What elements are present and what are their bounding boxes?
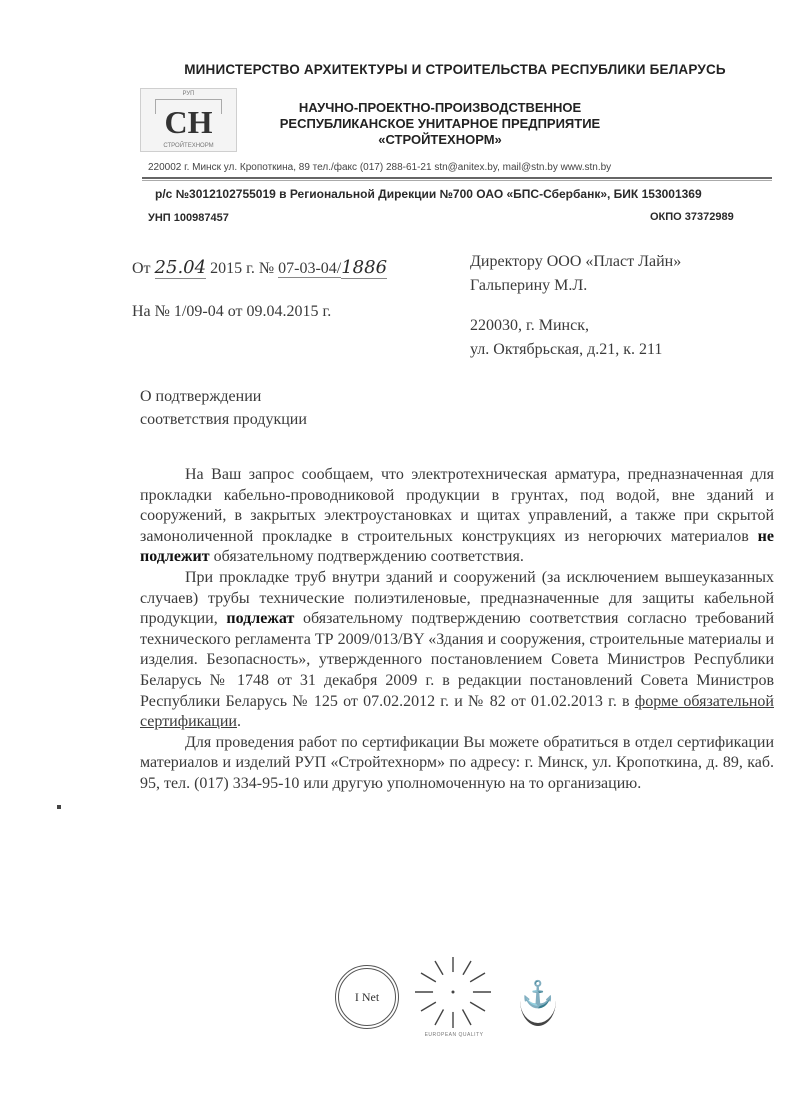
paragraph-1: На Ваш запрос сообщаем, что электротехни… — [140, 465, 774, 568]
unp-number: УНП 100987457 — [148, 212, 229, 224]
company-logo: РУП СН СТРОЙТЕХНОРМ — [140, 88, 237, 152]
anchor-emblem-icon: ⚓ — [520, 975, 556, 1026]
handwritten-number: 1886 — [341, 257, 387, 279]
logo-letters: СН — [141, 105, 236, 139]
org-line-2: РЕСПУБЛИКАНСКОЕ УНИТАРНОЕ ПРЕДПРИЯТИЕ — [240, 116, 640, 132]
bank-details: р/с №3012102755019 в Региональной Дирекц… — [155, 187, 775, 201]
logo-bottom-text: СТРОЙТЕХНОРМ — [141, 143, 236, 149]
paragraph-3: Для проведения работ по сертификации Вы … — [140, 733, 774, 795]
addressee-title: Директору ООО «Пласт Лайн» — [470, 250, 681, 274]
logo-top-text: РУП — [141, 91, 236, 97]
subject-line-2: соответствия продукции — [140, 408, 307, 431]
starburst-caption: EUROPEAN QUALITY — [419, 1032, 489, 1038]
header-divider — [142, 177, 772, 179]
p2-end: . — [237, 713, 241, 730]
address-city: 220030, г. Минск, — [470, 314, 662, 338]
header-divider-thin — [142, 180, 772, 181]
letter-subject: О подтверждении соответствия продукции — [140, 385, 307, 431]
certification-stamps: I Net EUROPEAN QUALITY ⚓ — [335, 955, 565, 1040]
ministry-heading: МИНИСТЕРСТВО АРХИТЕКТУРЫ И СТРОИТЕЛЬСТВА… — [170, 62, 740, 77]
p1-text: На Ваш запрос сообщаем, что электротехни… — [140, 466, 774, 545]
addressee-address: 220030, г. Минск, ул. Октябрьская, д.21,… — [470, 314, 662, 362]
starburst-stamp-icon — [413, 955, 493, 1030]
p1-text-end: обязательному подтверждению соответствия… — [210, 548, 524, 565]
okpo-number: ОКПО 37372989 — [650, 211, 734, 223]
round-certification-stamp: I Net — [335, 965, 399, 1029]
org-line-3: «СТРОЙТЕХНОРМ» — [240, 132, 640, 148]
outgoing-prefix: От — [132, 260, 155, 277]
organization-name: НАУЧНО-ПРОЕКТНО-ПРОИЗВОДСТВЕННОЕ РЕСПУБЛ… — [240, 100, 640, 148]
contact-line: 220002 г. Минск ул. Кропоткина, 89 тел./… — [148, 162, 768, 173]
address-street: ул. Октябрьская, д.21, к. 211 — [470, 338, 662, 362]
outgoing-year: 2015 г. № — [206, 260, 278, 277]
addressee-name: Гальперину М.Л. — [470, 274, 681, 298]
outgoing-reference: От 25.04 2015 г. № 07-03-04/1886 — [132, 257, 387, 278]
reply-reference: На № 1/09-04 от 09.04.2015 г. — [132, 303, 331, 321]
p2-bold: подлежат — [226, 610, 294, 627]
scan-speck — [57, 805, 61, 809]
addressee: Директору ООО «Пласт Лайн» Гальперину М.… — [470, 250, 681, 298]
handwritten-date: 25.04 — [155, 257, 207, 279]
outgoing-number: 07-03-04/ — [278, 260, 341, 278]
letter-body: На Ваш запрос сообщаем, что электротехни… — [140, 465, 774, 795]
subject-line-1: О подтверждении — [140, 385, 307, 408]
paragraph-2: При прокладке труб внутри зданий и соору… — [140, 568, 774, 733]
org-line-1: НАУЧНО-ПРОЕКТНО-ПРОИЗВОДСТВЕННОЕ — [240, 100, 640, 116]
